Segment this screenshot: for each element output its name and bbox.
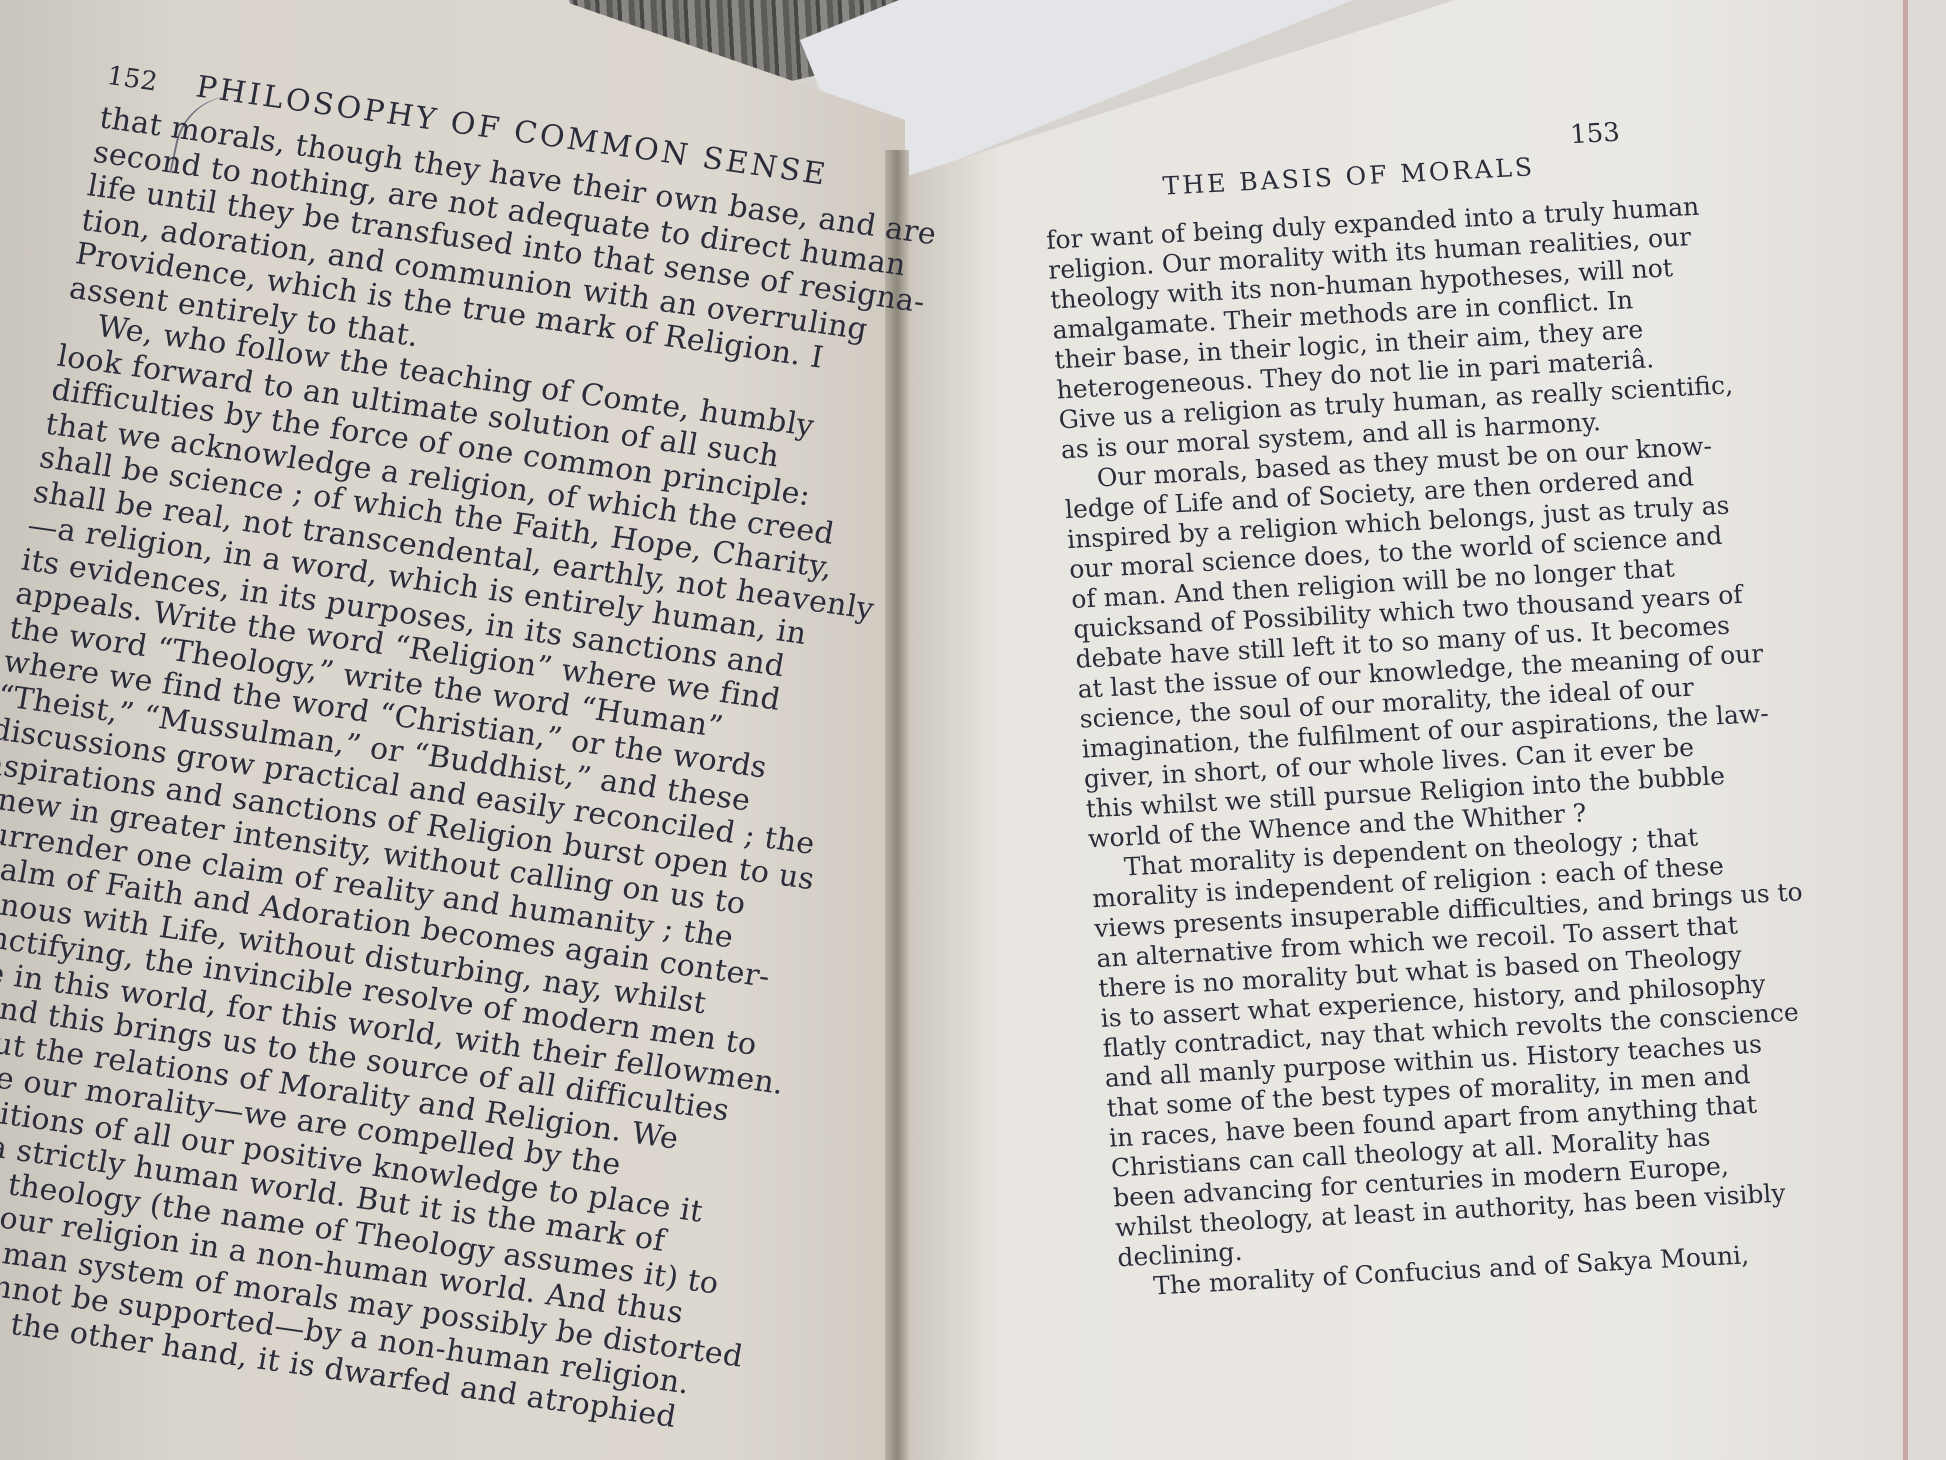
right-page-number: 153 — [1569, 120, 1620, 149]
page-edge — [1903, 0, 1908, 1460]
right-page-body: for want of being duly expanded into a t… — [1045, 191, 1828, 1305]
right-page-text: THE BASIS OF MORALS 153 for want of bein… — [1042, 143, 1829, 1305]
left-page-number: 152 — [105, 61, 160, 98]
